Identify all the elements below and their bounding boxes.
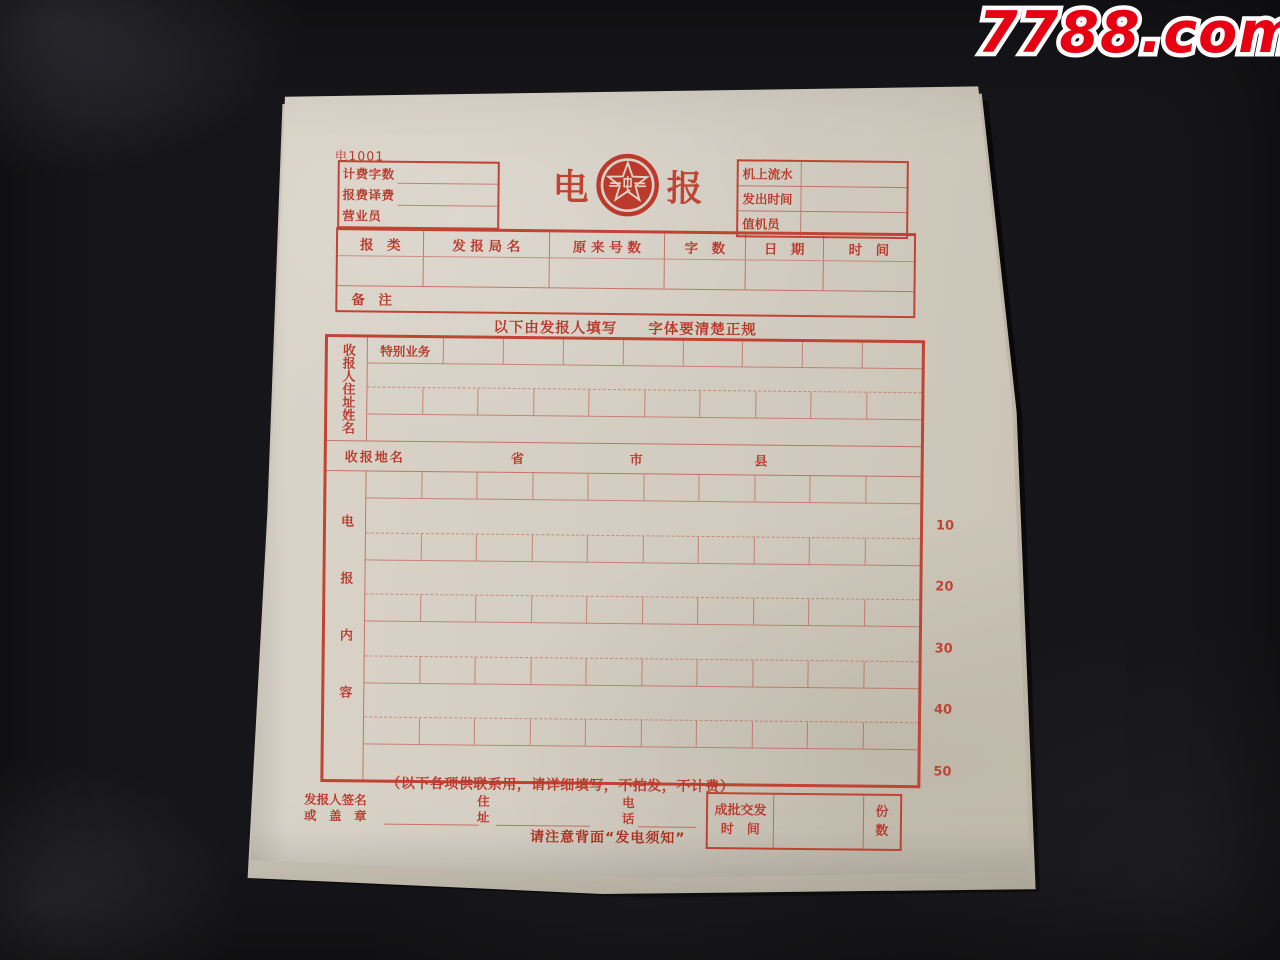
- grid-cell: [587, 474, 643, 501]
- batch-label-line1: 成批交发: [714, 802, 766, 821]
- machine-row-label: 发出时间: [738, 186, 800, 211]
- empty-cell: [744, 260, 823, 290]
- destination-unit-province: 省: [511, 448, 524, 467]
- grid-cell: [530, 658, 586, 685]
- grid-cell: [420, 595, 476, 622]
- grid-cell: [444, 338, 503, 364]
- content-side-label: 电报内容: [334, 508, 355, 742]
- fee-row-value: [398, 163, 498, 185]
- grid-cell: [531, 596, 587, 623]
- column-header: 原 来 号 数: [549, 232, 664, 258]
- grid-cell: [586, 597, 642, 624]
- grid-cell: [809, 476, 865, 503]
- grid-cell: [641, 659, 697, 686]
- grid-cell: [753, 599, 809, 626]
- column-header: 时 间: [823, 235, 914, 261]
- telegram-form-paper: 电1001 计费字数 报费译费 营业员 电: [248, 84, 1034, 878]
- grid-cell: [807, 661, 863, 688]
- grid-cell: [477, 389, 533, 416]
- grid-cell: [420, 534, 476, 561]
- grid-cell: [503, 339, 563, 365]
- grid-cell: [533, 389, 589, 416]
- empty-cell: [664, 260, 745, 290]
- grid-cell: [810, 392, 866, 419]
- batch-dispatch-value: [774, 795, 865, 849]
- write-row: [366, 498, 920, 538]
- grid-cell: [696, 721, 752, 748]
- post-telecom-star-emblem-icon: [595, 153, 660, 218]
- grid-cell: [532, 473, 588, 500]
- fee-row-value: [397, 205, 497, 227]
- column-header: 报 类: [338, 230, 423, 256]
- line-number: 30: [935, 641, 953, 656]
- grid-cell: [585, 659, 641, 686]
- grid-cell: [476, 534, 532, 561]
- fee-box: 计费字数 报费译费 营业员: [337, 160, 500, 230]
- grid-cell: [866, 393, 922, 420]
- content-grid: 10 20 30: [363, 471, 920, 785]
- grid-cell: [474, 657, 530, 684]
- copies-line1: 份: [875, 804, 888, 822]
- grid-cell: [643, 474, 699, 501]
- line-number: 10: [936, 518, 954, 533]
- remark-row: 备 注: [337, 286, 913, 316]
- recipient-section: 收报人住址姓名 特别业务: [327, 337, 922, 447]
- column-header: 字 数: [664, 234, 745, 260]
- site-watermark: 7788.com 7788.com: [978, 0, 1278, 86]
- grid-cell: [640, 721, 696, 748]
- copies-line2: 数: [875, 822, 888, 840]
- grid-cell: [366, 533, 421, 560]
- machine-row: 发出时间: [738, 186, 906, 213]
- fee-row: 报费译费: [339, 183, 497, 206]
- grid-cell: [698, 475, 754, 502]
- grid-cell: [755, 391, 811, 418]
- watermark-text: 7788.com: [978, 0, 1280, 66]
- machine-row-label: 机上流水: [739, 161, 801, 186]
- destination-unit-county: 县: [754, 450, 767, 469]
- grid-cell: [682, 341, 742, 367]
- copies-label: 份 数: [864, 796, 901, 849]
- write-row: [365, 560, 919, 600]
- header-table: 报 类 发 报 局 名 原 来 号 数 字 数 日 期 时 间 备 注: [335, 227, 916, 318]
- grid-cell: [562, 339, 622, 365]
- main-grid-box: 收报人住址姓名 特别业务 收报地: [320, 334, 925, 788]
- grid-cell: [754, 475, 810, 502]
- grid-cell: [364, 656, 419, 683]
- grid-cell: [476, 473, 532, 500]
- recipient-side-strip: 收报人住址姓名: [327, 337, 368, 440]
- grid-cell: [865, 477, 921, 504]
- fee-row-label: 营业员: [339, 205, 397, 227]
- grid-cell: [644, 390, 700, 417]
- grid-cell: [808, 599, 864, 626]
- grid-cell: [698, 536, 754, 563]
- title-char-dian: 电: [552, 159, 589, 210]
- sender-address-label: 住 址: [477, 794, 490, 827]
- special-service-label: 特别业务: [368, 337, 444, 363]
- column-header: 日 期: [744, 234, 823, 260]
- line-number: 20: [935, 580, 953, 595]
- grid-cell: [585, 720, 641, 747]
- grid-cell: [364, 718, 419, 745]
- content-section: 电报内容 10 20: [323, 471, 920, 785]
- grid-cell: [421, 472, 477, 499]
- recipient-rows: 特别业务: [367, 337, 922, 446]
- machine-row-value: [800, 187, 906, 212]
- telegram-form: 电1001 计费字数 报费译费 营业员 电: [320, 146, 927, 866]
- grid-cell: [863, 661, 919, 688]
- grid-cell: [622, 340, 682, 366]
- content-line-pair: 20: [365, 533, 920, 600]
- grid-cell: [419, 657, 475, 684]
- content-line-pair: 10: [366, 471, 921, 538]
- fee-row-label: 报费译费: [339, 183, 397, 205]
- grid-cell: [862, 343, 922, 369]
- line-number: 40: [934, 703, 952, 718]
- sender-sign-label: 发报人签名 或 盖 章: [304, 792, 367, 825]
- grid-cell: [802, 342, 862, 368]
- destination-label: 收报地名: [327, 446, 405, 466]
- fee-row-value: [397, 184, 497, 206]
- grid-cell: [365, 595, 420, 622]
- grid-cell: [753, 537, 809, 564]
- title-char-bao: 报: [666, 160, 703, 211]
- grid-cell: [809, 538, 865, 565]
- grid-cell: [751, 722, 807, 749]
- grid-cell: [752, 660, 808, 687]
- grid-cell: [864, 600, 920, 627]
- fee-row: 营业员: [339, 205, 497, 228]
- write-row: [365, 622, 919, 662]
- empty-cell: [822, 261, 913, 291]
- write-row: [364, 683, 918, 723]
- grid-cell: [366, 471, 421, 498]
- form-title: 电 报: [542, 148, 713, 222]
- grid-cell: [474, 719, 530, 746]
- grid-cell: [475, 596, 531, 623]
- fee-row-label: 计费字数: [340, 162, 398, 184]
- grid-cell: [742, 341, 802, 367]
- grid-cell: [642, 536, 698, 563]
- grid-cell: [588, 390, 644, 417]
- grid-cell: [422, 388, 478, 415]
- fee-row: 计费字数: [340, 162, 498, 185]
- grid-cell: [807, 722, 863, 749]
- grid-cell: [531, 535, 587, 562]
- photo-background: 7788.com 7788.com 电1001 计费字数 报费译费 营业员: [0, 0, 1280, 960]
- empty-cell: [422, 257, 548, 287]
- grid-cell: [367, 387, 422, 414]
- recipient-side-label: 收报人住址姓名: [337, 343, 357, 434]
- line-number: 50: [933, 764, 951, 779]
- machine-row: 机上流水: [739, 161, 907, 188]
- grid-cell: [696, 660, 752, 687]
- write-row: [367, 414, 921, 444]
- content-line-pair: 30: [365, 595, 920, 662]
- grid-cell: [862, 723, 918, 750]
- grid-cell: [699, 391, 755, 418]
- back-side-note: 请注意背面“发电须知”: [458, 825, 758, 848]
- empty-cell: [548, 258, 663, 288]
- sender-phone-label: 电 话: [622, 795, 635, 828]
- column-header: 发 报 局 名: [423, 231, 549, 257]
- grid-cell: [864, 538, 920, 565]
- destination-unit-city: 市: [630, 449, 643, 468]
- empty-cell: [338, 256, 423, 286]
- grid-cell: [642, 598, 698, 625]
- machine-box: 机上流水 发出时间 值机员: [736, 159, 909, 239]
- content-side-strip: 电报内容: [323, 471, 366, 779]
- cell-row: [444, 338, 922, 368]
- content-line-pair: 40: [364, 656, 919, 723]
- grid-cell: [587, 535, 643, 562]
- grid-cell: [418, 718, 474, 745]
- machine-row-value: [801, 162, 907, 187]
- grid-cell: [697, 598, 753, 625]
- grid-cell: [529, 720, 585, 747]
